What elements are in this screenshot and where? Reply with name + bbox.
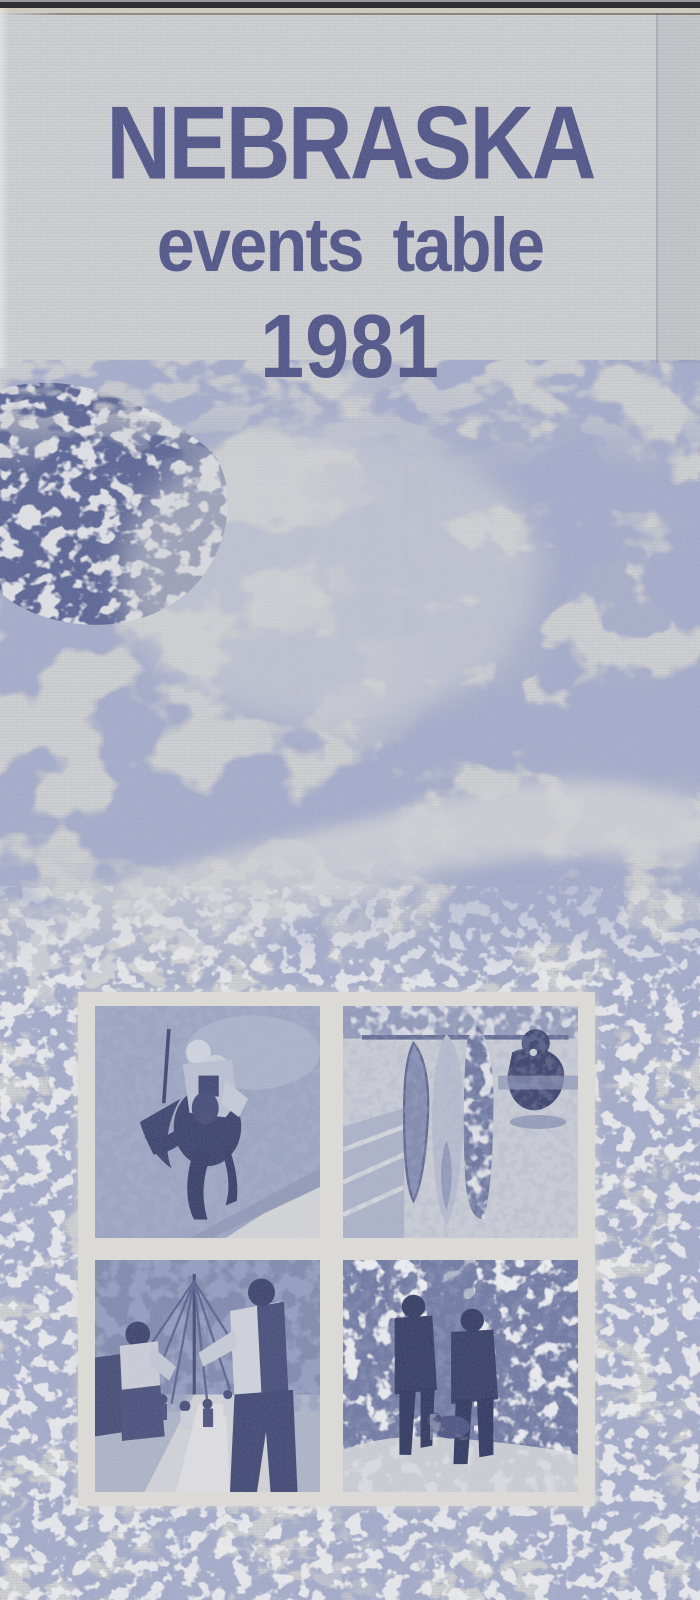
cover-year: 1981: [42, 302, 658, 392]
photo-maypole-dance: [95, 1260, 320, 1492]
photo-grid: [78, 992, 595, 1506]
photo-caught-fish: [343, 1006, 578, 1238]
photo-horseback-rider: [95, 1006, 320, 1238]
scan-edge-thin-line: [0, 13, 700, 15]
cover-title: NEBRASKA: [42, 91, 658, 195]
cover-subtitle: events table: [35, 208, 665, 284]
scan-edge-left: [0, 8, 9, 368]
brochure-cover-scan: NEBRASKA events table 1981: [0, 0, 700, 1600]
cover-title-block: NEBRASKA events table 1981: [0, 92, 700, 392]
scan-edge-right-fold: [656, 13, 700, 363]
photo-winter-walk: [343, 1260, 578, 1492]
